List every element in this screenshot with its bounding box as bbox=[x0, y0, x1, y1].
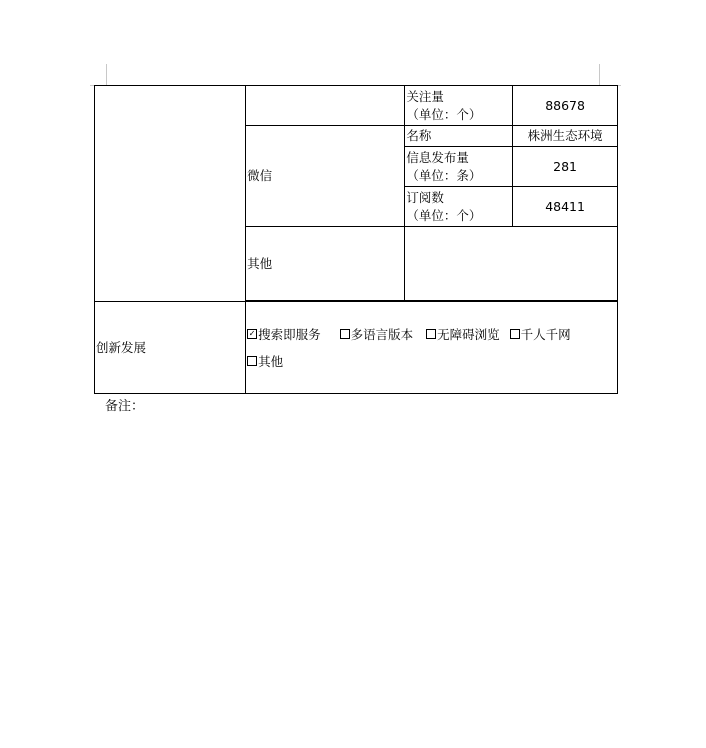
publish-count-value: 281 bbox=[513, 147, 618, 187]
row-label: 名称 bbox=[405, 126, 513, 147]
margin-mark-right-horizontal bbox=[618, 85, 621, 86]
checkbox-checked-icon[interactable]: ✓ bbox=[247, 329, 257, 339]
category-cell-empty bbox=[95, 86, 246, 302]
label-unit: （单位：个） bbox=[406, 207, 511, 225]
weixin-label: 微信 bbox=[246, 126, 405, 227]
label-line: 订阅数 bbox=[406, 189, 511, 207]
empty-cell bbox=[246, 86, 405, 126]
checkbox-icon[interactable] bbox=[340, 329, 350, 339]
note-label: 备注： bbox=[105, 395, 144, 414]
option-accessibility[interactable]: 无障碍浏览 bbox=[426, 321, 500, 348]
label-line: 信息发布量 bbox=[406, 149, 511, 167]
other-value bbox=[405, 227, 618, 301]
subscriber-count-value: 48411 bbox=[513, 187, 618, 227]
label-line: 关注量 bbox=[406, 88, 511, 106]
account-name-value: 株洲生态环境 bbox=[513, 126, 618, 147]
option-search-service[interactable]: ✓搜索即服务 bbox=[247, 321, 321, 348]
option-other[interactable]: 其他 bbox=[247, 348, 283, 375]
option-multilingual[interactable]: 多语言版本 bbox=[340, 321, 414, 348]
innovation-options: ✓搜索即服务 多语言版本 无障碍浏览 千人千网 其他 bbox=[246, 302, 618, 394]
row-label: 信息发布量 （单位：条） bbox=[405, 147, 513, 187]
innovation-label: 创新发展 bbox=[95, 302, 246, 394]
follow-count-value: 88678 bbox=[513, 86, 618, 126]
checkbox-icon[interactable] bbox=[247, 356, 257, 366]
row-label: 关注量 （单位：个） bbox=[405, 86, 513, 126]
table-row: 创新发展 ✓搜索即服务 多语言版本 无障碍浏览 千人千网 其他 bbox=[95, 302, 618, 394]
table-row: 关注量 （单位：个） 88678 bbox=[95, 86, 618, 126]
checkbox-icon[interactable] bbox=[510, 329, 520, 339]
checkbox-icon[interactable] bbox=[426, 329, 436, 339]
label-unit: （单位：个） bbox=[406, 106, 511, 124]
margin-mark-right-vertical bbox=[599, 64, 600, 85]
margin-mark-left-vertical bbox=[106, 64, 107, 85]
other-label: 其他 bbox=[246, 227, 405, 301]
label-unit: （单位：条） bbox=[406, 167, 511, 185]
option-personalized[interactable]: 千人千网 bbox=[510, 321, 571, 348]
info-table: 关注量 （单位：个） 88678 微信 名称 株洲生态环境 信息发布量 （单位：… bbox=[94, 85, 618, 394]
row-label: 订阅数 （单位：个） bbox=[405, 187, 513, 227]
